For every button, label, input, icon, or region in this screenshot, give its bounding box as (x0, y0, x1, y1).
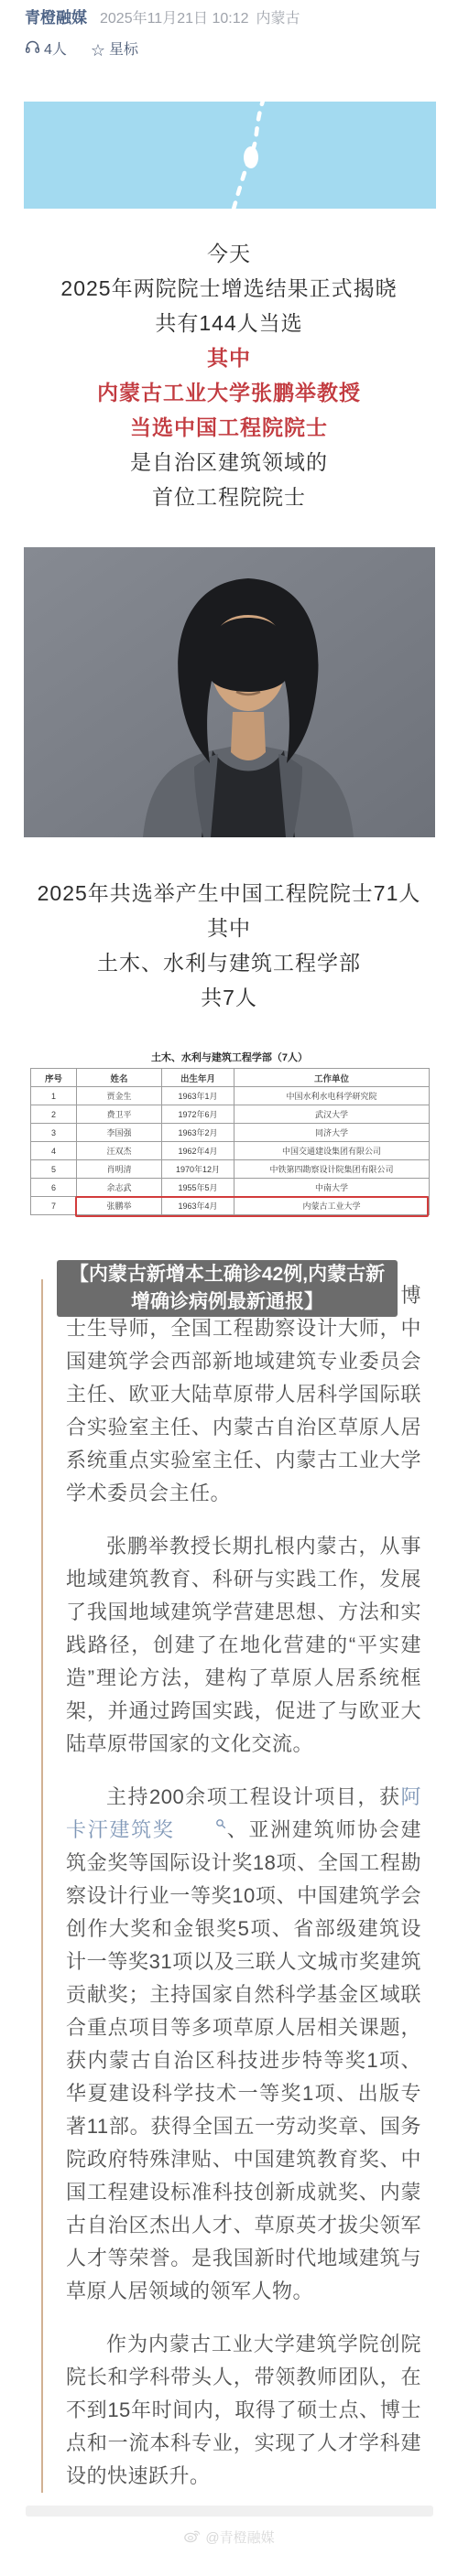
cell-birth: 1962年4月 (162, 1142, 234, 1160)
cell-index: 4 (31, 1142, 77, 1160)
article-paragraph-4: 作为内蒙古工业大学建筑学院创院院长和学科带头人，带领教师团队，在不到15年时间内… (66, 2328, 421, 2493)
roster-table-image: 土木、水利与建筑工程学部（7人） 序号 姓名 出生年月 工作单位 1贾金生196… (30, 1051, 429, 1215)
headline-mid: 2025年共选举产生中国工程院院士71人 其中 土木、水利与建筑工程学部 共7人 (0, 876, 458, 1015)
headphones-icon (25, 39, 40, 61)
headline-line: 土木、水利与建筑工程学部 (0, 945, 458, 980)
headline-line-red: 内蒙古工业大学张鹏举教授 (0, 375, 458, 410)
cell-name: 汪双杰 (77, 1142, 162, 1160)
post-actions-row: 4人 ☆ 星标 (25, 39, 458, 61)
headline-line: 2025年共选举产生中国工程院院士71人 (0, 876, 458, 911)
cell-org: 中国水利水电科学研究院 (234, 1087, 430, 1105)
table-row: 6余志武1955年5月中南大学 (31, 1179, 430, 1197)
cell-index: 6 (31, 1179, 77, 1197)
table-header-row: 序号 姓名 出生年月 工作单位 (31, 1069, 430, 1087)
table-row: 5肖明清1970年12月中铁第四勘察设计院集团有限公司 (31, 1160, 430, 1179)
paragraph-text: 、亚洲建筑师协会建筑金奖等国际设计奖18项、全国工程勘察设计行业一等奖10项、中… (66, 1818, 421, 2302)
cell-org: 中南大学 (234, 1179, 430, 1197)
article-paragraph-2: 张鹏举教授长期扎根内蒙古，从事地域建筑教育、科研与实践工作，发展了我国地域建筑学… (66, 1530, 421, 1761)
weibo-post-page: 青橙融媒2025年11月21日 10:12内蒙古 4人 ☆ 星标 今天 2025… (0, 0, 458, 2576)
cell-name: 李国强 (77, 1124, 162, 1142)
roster-table-title: 土木、水利与建筑工程学部（7人） (30, 1051, 429, 1064)
table-row-highlighted: 7张鹏举1963年4月内蒙古工业大学 (31, 1197, 430, 1215)
cell-name: 贾金生 (77, 1087, 162, 1105)
related-news-popup[interactable]: 【内蒙古新增本土确诊42例,内蒙古新增确诊病例最新通报】 (57, 1260, 398, 1317)
headline-line: 是自治区建筑领域的 (0, 445, 458, 480)
listen-count: 4人 (44, 39, 67, 61)
cell-org: 武汉大学 (234, 1105, 430, 1124)
cell-name: 费卫平 (77, 1105, 162, 1124)
headline-line: 2025年两院院士增选结果正式揭晓 (0, 271, 458, 306)
col-header: 姓名 (77, 1069, 162, 1087)
table-row: 3李国强1963年2月同济大学 (31, 1124, 430, 1142)
headline-line: 其中 (0, 911, 458, 945)
star-icon: ☆ (91, 42, 105, 59)
headline-line: 今天 (0, 236, 458, 271)
table-row: 2费卫平1972年6月武汉大学 (31, 1105, 430, 1124)
cell-index: 1 (31, 1087, 77, 1105)
watermark-text: @青橙融媒 (205, 2527, 274, 2547)
portrait-photo[interactable] (24, 547, 435, 837)
cell-org: 中国交通建设集团有限公司 (234, 1142, 430, 1160)
cell-birth: 1963年2月 (162, 1124, 234, 1142)
cell-name: 张鹏举 (77, 1197, 162, 1215)
author-name[interactable]: 青橙融媒 (25, 9, 87, 27)
table-row: 4汪双杰1962年4月中国交通建设集团有限公司 (31, 1142, 430, 1160)
cell-name: 余志武 (77, 1179, 162, 1197)
post-meta-row: 青橙融媒2025年11月21日 10:12内蒙古 (25, 7, 458, 30)
cell-org: 同济大学 (234, 1124, 430, 1142)
cell-index: 7 (31, 1197, 77, 1215)
footer-divider (26, 2506, 433, 2517)
headline-line: 共7人 (0, 980, 458, 1015)
paragraph-text: 主持200余项工程设计项目，获 (106, 1785, 400, 1808)
article-body: 张鹏举，内蒙古工业大学教授、博士生导师，全国工程勘察设计大师，中国建筑学会西部新… (41, 1279, 421, 2493)
cell-index: 2 (31, 1105, 77, 1124)
col-header: 工作单位 (234, 1069, 430, 1087)
headline-top: 今天 2025年两院院士增选结果正式揭晓 共有144人当选 其中 内蒙古工业大学… (0, 236, 458, 514)
search-sup-icon[interactable] (175, 1818, 226, 1829)
watermark: @青橙融媒 (0, 2527, 458, 2547)
cell-birth: 1963年1月 (162, 1087, 234, 1105)
star-label: 星标 (109, 39, 138, 61)
post-header: 青橙融媒2025年11月21日 10:12内蒙古 4人 ☆ 星标 (0, 0, 458, 61)
cell-org: 内蒙古工业大学 (234, 1197, 430, 1215)
weibo-logo-icon (183, 2528, 202, 2547)
col-header: 序号 (31, 1069, 77, 1087)
headline-line: 共有144人当选 (0, 306, 458, 340)
cell-org: 中铁第四勘察设计院集团有限公司 (234, 1160, 430, 1179)
col-header: 出生年月 (162, 1069, 234, 1087)
article-banner-image[interactable] (24, 102, 436, 209)
headline-line: 首位工程院院士 (0, 480, 458, 514)
post-date: 2025年11月21日 10:12 (100, 11, 249, 27)
cell-name: 肖明清 (77, 1160, 162, 1179)
cell-birth: 1972年6月 (162, 1105, 234, 1124)
star-group[interactable]: ☆ 星标 (91, 39, 138, 61)
cell-birth: 1955年5月 (162, 1179, 234, 1197)
cell-index: 3 (31, 1124, 77, 1142)
article-paragraph-3: 主持200余项工程设计项目，获阿卡汗建筑奖、亚洲建筑师协会建筑金奖等国际设计奖1… (66, 1781, 421, 2308)
roster-table: 序号 姓名 出生年月 工作单位 1贾金生1963年1月中国水利水电科学研究院 2… (30, 1068, 430, 1215)
headline-line-red: 其中 (0, 340, 458, 375)
post-region: 内蒙古 (256, 11, 300, 27)
cell-index: 5 (31, 1160, 77, 1179)
cell-birth: 1970年12月 (162, 1160, 234, 1179)
table-row: 1贾金生1963年1月中国水利水电科学研究院 (31, 1087, 430, 1105)
listen-group[interactable]: 4人 (25, 39, 67, 61)
headline-line-red: 当选中国工程院院士 (0, 410, 458, 445)
cell-birth: 1963年4月 (162, 1197, 234, 1215)
